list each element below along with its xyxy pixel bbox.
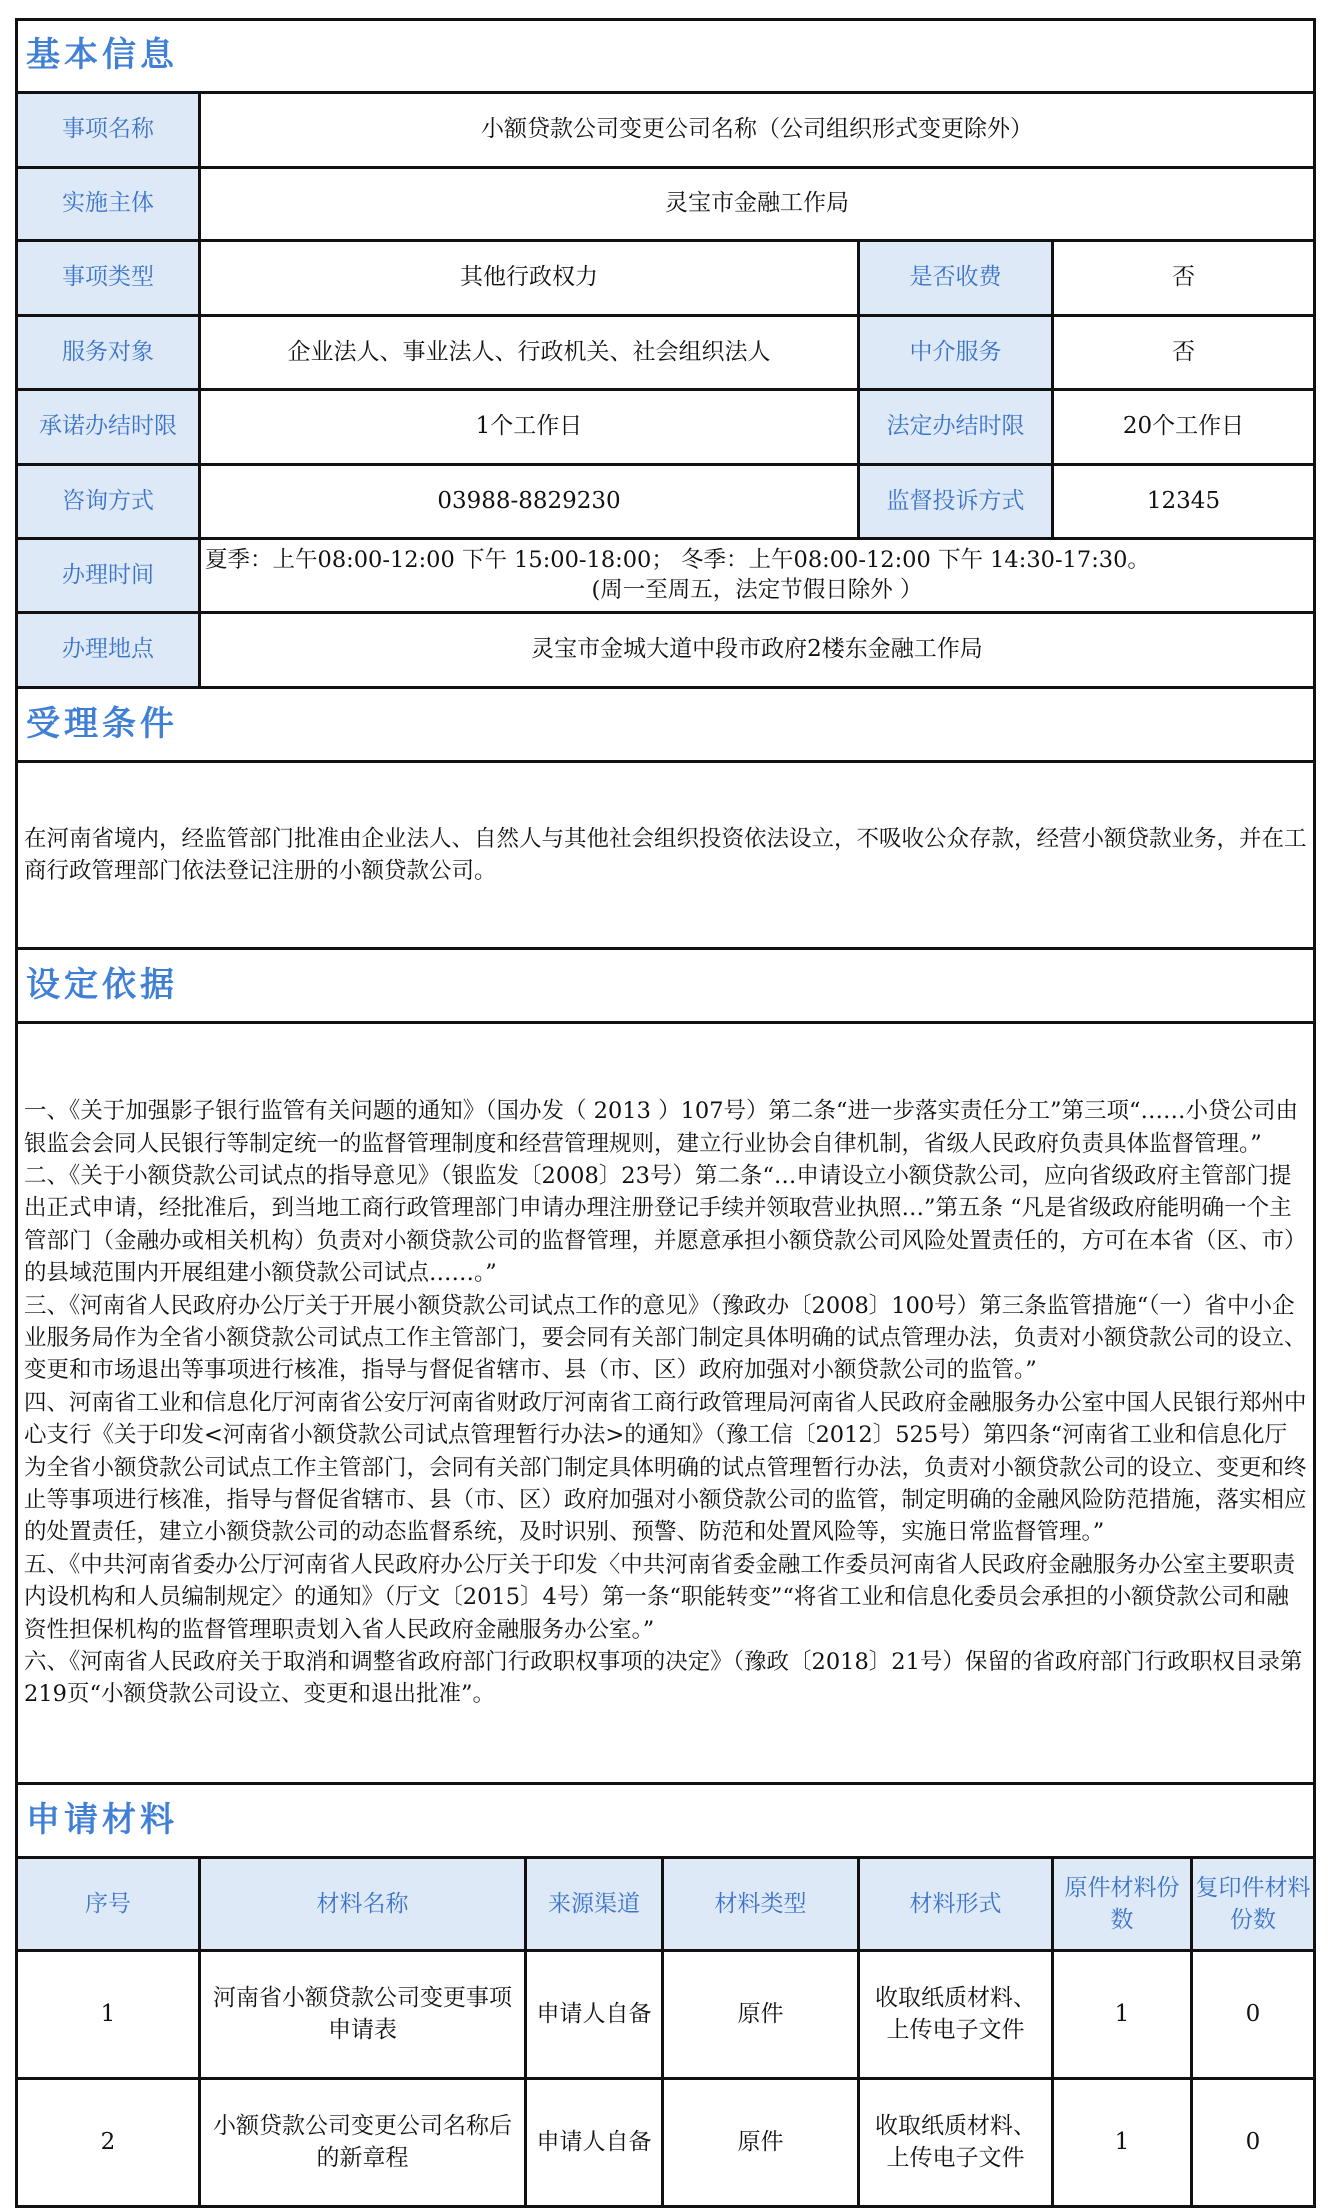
row-service-target: 服务对象 企业法人、事业法人、行政机关、社会组织法人 中介服务 否	[17, 316, 1315, 390]
consult-label: 咨询方式	[17, 465, 200, 539]
promised-time-label: 承诺办结时限	[17, 390, 200, 465]
legal-basis-item: 一、《关于加强影子银行监管有关问题的通知》（国办发（ 2013 ）107号）第二…	[24, 1095, 1307, 1160]
material-source: 申请人自备	[526, 1951, 663, 2079]
legal-basis-item: 六、《河南省人民政府关于取消和调整省政府部门行政职权事项的决定》（豫政〔2018…	[24, 1646, 1307, 1711]
implementing-body-label: 实施主体	[17, 168, 200, 241]
material-form: 收取纸质材料、上传电子文件	[859, 1951, 1053, 2079]
service-target-value: 企业法人、事业法人、行政机关、社会组织法人	[200, 316, 859, 390]
legal-basis-item: 四、河南省工业和信息化厅河南省公安厅河南省财政厅河南省工商行政管理局河南省人民政…	[24, 1387, 1307, 1549]
section-title-acceptance: 受理条件	[17, 688, 1315, 762]
row-implementing-body: 实施主体 灵宝市金融工作局	[17, 168, 1315, 241]
row-item-name: 事项名称 小额贷款公司变更公司名称（公司组织形式变更除外）	[17, 93, 1315, 168]
hours-value: 夏季：上午08:00-12:00 下午 15:00-18:00； 冬季：上午08…	[200, 539, 1315, 613]
materials-header-row: 序号 材料名称 来源渠道 材料类型 材料形式 原件材料份数 复印件材料份数	[17, 1858, 1315, 1951]
material-type: 原件	[663, 1951, 859, 2079]
charge-value: 否	[1053, 241, 1315, 316]
hours-line2: (周一至周五，法定节假日除外 ）	[201, 576, 1313, 605]
row-location: 办理地点 灵宝市金城大道中段市政府2楼东金融工作局	[17, 613, 1315, 688]
material-name: 小额贷款公司变更公司名称后的新章程	[200, 2079, 526, 2207]
col-header-no: 序号	[17, 1858, 200, 1951]
item-name-value: 小额贷款公司变更公司名称（公司组织形式变更除外）	[200, 93, 1315, 168]
section-title-materials: 申请材料	[17, 1784, 1315, 1858]
material-type: 原件	[663, 2079, 859, 2207]
material-source: 申请人自备	[526, 2079, 663, 2207]
section-title-basic-info: 基本信息	[17, 20, 1315, 93]
item-type-label: 事项类型	[17, 241, 200, 316]
intermediary-label: 中介服务	[859, 316, 1053, 390]
section-title-legal-basis: 设定依据	[17, 949, 1315, 1023]
legal-basis-content: 一、《关于加强影子银行监管有关问题的通知》（国办发（ 2013 ）107号）第二…	[17, 1023, 1315, 1784]
col-header-source: 来源渠道	[526, 1858, 663, 1951]
material-form: 收取纸质材料、上传电子文件	[859, 2079, 1053, 2207]
legal-basis-item: 三、《河南省人民政府办公厅关于开展小额贷款公司试点工作的意见》（豫政办〔2008…	[24, 1290, 1307, 1387]
material-copy-count: 0	[1192, 2079, 1315, 2207]
legal-basis-item: 五、《中共河南省委办公厅河南省人民政府办公厅关于印发〈中共河南省委金融工作委员河…	[24, 1549, 1307, 1646]
legal-time-value: 20个工作日	[1053, 390, 1315, 465]
table-row: 1 河南省小额贷款公司变更事项申请表 申请人自备 原件 收取纸质材料、上传电子文…	[17, 1951, 1315, 2079]
hours-label: 办理时间	[17, 539, 200, 613]
col-header-name: 材料名称	[200, 1858, 526, 1951]
material-original-count: 1	[1053, 2079, 1192, 2207]
material-name: 河南省小额贷款公司变更事项申请表	[200, 1951, 526, 2079]
row-time-limit: 承诺办结时限 1个工作日 法定办结时限 20个工作日	[17, 390, 1315, 465]
col-header-copy: 复印件材料份数	[1192, 1858, 1315, 1951]
location-label: 办理地点	[17, 613, 200, 688]
acceptance-conditions-text: 在河南省境内，经监管部门批准由企业法人、自然人与其他社会组织投资依法设立，不吸收…	[17, 762, 1315, 949]
legal-time-label: 法定办结时限	[859, 390, 1053, 465]
material-no: 2	[17, 2079, 200, 2207]
table-row: 2 小额贷款公司变更公司名称后的新章程 申请人自备 原件 收取纸质材料、上传电子…	[17, 2079, 1315, 2207]
consult-value: 03988-8829230	[200, 465, 859, 539]
material-copy-count: 0	[1192, 1951, 1315, 2079]
material-original-count: 1	[1053, 1951, 1192, 2079]
item-type-value: 其他行政权力	[200, 241, 859, 316]
col-header-type: 材料类型	[663, 1858, 859, 1951]
row-contact: 咨询方式 03988-8829230 监督投诉方式 12345	[17, 465, 1315, 539]
complaint-value: 12345	[1053, 465, 1315, 539]
row-item-type: 事项类型 其他行政权力 是否收费 否	[17, 241, 1315, 316]
item-name-label: 事项名称	[17, 93, 200, 168]
promised-time-value: 1个工作日	[200, 390, 859, 465]
col-header-original: 原件材料份数	[1053, 1858, 1192, 1951]
charge-label: 是否收费	[859, 241, 1053, 316]
material-no: 1	[17, 1951, 200, 2079]
implementing-body-value: 灵宝市金融工作局	[200, 168, 1315, 241]
intermediary-value: 否	[1053, 316, 1315, 390]
service-item-sheet: 基本信息 事项名称 小额贷款公司变更公司名称（公司组织形式变更除外） 实施主体 …	[15, 18, 1313, 2208]
row-hours: 办理时间 夏季：上午08:00-12:00 下午 15:00-18:00； 冬季…	[17, 539, 1315, 613]
location-value: 灵宝市金城大道中段市政府2楼东金融工作局	[200, 613, 1315, 688]
complaint-label: 监督投诉方式	[859, 465, 1053, 539]
col-header-form: 材料形式	[859, 1858, 1053, 1951]
service-target-label: 服务对象	[17, 316, 200, 390]
legal-basis-item: 二、《关于小额贷款公司试点的指导意见》（银监发〔2008〕23号）第二条“…申请…	[24, 1160, 1307, 1290]
hours-line1: 夏季：上午08:00-12:00 下午 15:00-18:00； 冬季：上午08…	[201, 546, 1313, 575]
service-item-table: 基本信息 事项名称 小额贷款公司变更公司名称（公司组织形式变更除外） 实施主体 …	[15, 18, 1316, 2208]
